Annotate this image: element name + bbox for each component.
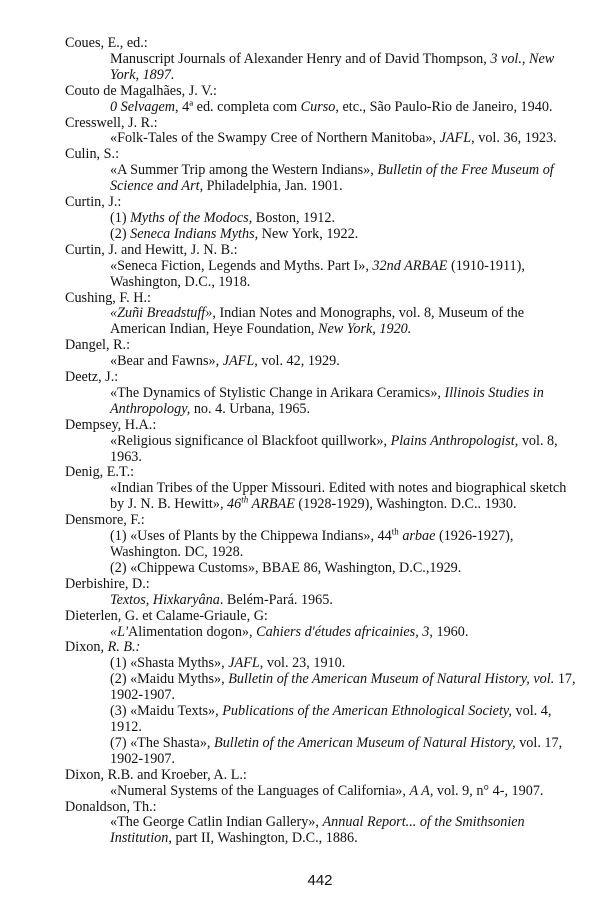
italic-text-run: Seneca Indians Myths, [130, 226, 258, 242]
entry-work: Textos, Hixkaryâna. Belém-Pará. 1965. [110, 593, 580, 609]
text-run: «Religious significance ol Blackfoot qui… [110, 433, 391, 449]
entry-work: «A Summer Trip among the Western Indians… [110, 163, 580, 195]
text-run: (2) «Maidu Myths», [110, 671, 228, 687]
entry-author: Denig, E.T.: [65, 465, 585, 481]
entry-author: Cushing, F. H.: [65, 291, 585, 307]
bibliography-entry: Dixon, R.B. and Kroeber, A. L.:«Numeral … [65, 768, 585, 800]
entry-author: Dixon, R. B.: [65, 640, 585, 656]
italic-text-run: JAFL [228, 655, 260, 671]
entry-author: Dangel, R.: [65, 338, 585, 354]
entry-work: «Indian Tribes of the Upper Missouri. Ed… [110, 481, 580, 513]
entry-work: «Bear and Fawns», JAFL, vol. 42, 1929. [110, 354, 580, 370]
text-run: «Numeral Systems of the Languages of Cal… [110, 783, 409, 799]
text-run: , 4ª ed. completa com [175, 99, 301, 115]
bibliography-entry: Couto de Magalhães, J. V.:0 Selvagem, 4ª… [65, 84, 585, 116]
bibliography-entry: Curtin, J.:(1) Myths of the Modocs, Bost… [65, 195, 585, 243]
bibliography-entry: Dangel, R.:«Bear and Fawns», JAFL, vol. … [65, 338, 585, 370]
entry-work: «Zuñi Breadstuff», Indian Notes and Mono… [110, 306, 580, 338]
bibliography-entry: Densmore, F.:(1) «Uses of Plants by the … [65, 513, 585, 577]
italic-text-run: Cahiers d'études africainies, 3 [256, 624, 429, 640]
bibliography-entry: Derbishire, D.:Textos, Hixkaryâna. Belém… [65, 577, 585, 609]
text-run: Boston, 1912. [252, 210, 335, 226]
entry-work: 0 Selvagem, 4ª ed. completa com Curso, e… [110, 100, 580, 116]
italic-text-run: Bulletin of the American Museum of Natur… [228, 671, 554, 687]
text-run: (7) «The Shasta», [110, 735, 214, 751]
text-run: , 1960. [429, 624, 468, 640]
italic-text-run: «L' [110, 624, 128, 640]
entry-author: Donaldson, Th.: [65, 800, 585, 816]
text-run: «The Dynamics of Stylistic Change in Ari… [110, 385, 445, 401]
text-run: th [392, 526, 399, 536]
text-run: (2) [110, 226, 130, 242]
entry-work: (7) «The Shasta», Bulletin of the Americ… [110, 736, 580, 768]
entry-work: «Folk-Tales of the Swampy Cree of Northe… [110, 131, 580, 147]
entry-work: «Numeral Systems of the Languages of Cal… [110, 784, 580, 800]
text-run: vol. 9, n° 4-, 1907. [433, 783, 543, 799]
italic-text-run: 0 Selvagem [110, 99, 175, 115]
bibliography-entry: Cushing, F. H.:«Zuñi Breadstuff», Indian… [65, 291, 585, 339]
text-run: vol. 42, 1929. [258, 353, 340, 369]
text-run: no. 4. Urbana, 1965. [190, 401, 310, 417]
entry-work: (1) «Shasta Myths», JAFL, vol. 23, 1910. [110, 656, 580, 672]
entry-work: (1) «Uses of Plants by the Chippewa Indi… [110, 529, 580, 561]
bibliography-entry: Deetz, J.:«The Dynamics of Stylistic Cha… [65, 370, 585, 418]
italic-text-run: ARBAE [248, 496, 295, 512]
entry-author: Dempsey, H.A.: [65, 418, 585, 434]
entry-author: Dieterlen, G. et Calame-Griaule, G: [65, 609, 585, 625]
text-run: New York, 1922. [258, 226, 358, 242]
entry-author: Deetz, J.: [65, 370, 585, 386]
text-run: (1) [110, 210, 130, 226]
entry-work: (2) «Maidu Myths», Bulletin of the Ameri… [110, 672, 580, 704]
entry-work: (3) «Maidu Texts», Publications of the A… [110, 704, 580, 736]
italic-text-run: «Zuñi Breadstuff» [110, 305, 212, 321]
entry-work: (1) Myths of the Modocs, Boston, 1912. [110, 211, 580, 227]
text-run: part II, Washington, D.C., 1886. [172, 830, 358, 846]
text-run: «A Summer Trip among the Western Indians… [110, 162, 377, 178]
entry-author: Dixon, R.B. and Kroeber, A. L.: [65, 768, 585, 784]
italic-text-run: Bulletin of the American Museum of Natur… [214, 735, 516, 751]
italic-text-run: Textos, Hixkaryâna [110, 592, 220, 608]
entry-author: Culin, S.: [65, 147, 585, 163]
italic-text-run: A A, [409, 783, 433, 799]
text-run: , vol. 36, 1923. [471, 130, 557, 146]
bibliography-entry: Coues, E., ed.:Manuscript Journals of Al… [65, 36, 585, 84]
text-run: Manuscript Journals of Alexander Henry a… [110, 51, 490, 67]
italic-text-run: 32nd ARBAE [372, 258, 447, 274]
bibliography-entry: Dieterlen, G. et Calame-Griaule, G:«L'Al… [65, 609, 585, 641]
entry-work: «L'Alimentation dogon», Cahiers d'études… [110, 625, 580, 641]
entry-work: (2) Seneca Indians Myths, New York, 1922… [110, 227, 580, 243]
entry-work: «The Dynamics of Stylistic Change in Ari… [110, 386, 580, 418]
entry-author: Densmore, F.: [65, 513, 585, 529]
bibliography-entry: Denig, E.T.:«Indian Tribes of the Upper … [65, 465, 585, 513]
entry-work: (2) «Chippewa Customs», BBAE 86, Washing… [110, 561, 580, 577]
bibliography-entry: Culin, S.:«A Summer Trip among the Weste… [65, 147, 585, 195]
entry-work: «Religious significance ol Blackfoot qui… [110, 434, 580, 466]
italic-text-run: New York, 1920. [318, 321, 411, 337]
text-run: , Philadelphia, Jan. 1901. [200, 178, 343, 194]
italic-text-run: R. B.: [108, 639, 141, 655]
italic-text-run: Curso [301, 99, 336, 115]
text-run: (2) «Chippewa Customs», BBAE 86, Washing… [110, 560, 461, 576]
text-run: (1928-1929), Washington. D.C.. 1930. [295, 496, 517, 512]
italic-text-run: Plains Anthropologist, [391, 433, 519, 449]
italic-text-run: 46 [227, 496, 241, 512]
text-run: . Belém-Pará. 1965. [220, 592, 333, 608]
bibliography-entry: Cresswell, J. R.:«Folk-Tales of the Swam… [65, 116, 585, 148]
bibliography-entry: Donaldson, Th.:«The George Catlin Indian… [65, 800, 585, 848]
bibliography-page: Coues, E., ed.:Manuscript Journals of Al… [65, 36, 585, 847]
entry-author: Coues, E., ed.: [65, 36, 585, 52]
italic-text-run: JAFL [440, 130, 472, 146]
text-run: «Bear and Fawns», [110, 353, 223, 369]
text-run: «Seneca Fiction, Legends and Myths. Part… [110, 258, 372, 274]
text-run: Alimentation dogon», [128, 624, 256, 640]
text-run: Dixon, [65, 639, 108, 655]
bibliography-entry: Dixon, R. B.:(1) «Shasta Myths», JAFL, v… [65, 640, 585, 767]
entry-work: «The George Catlin Indian Gallery», Annu… [110, 815, 580, 847]
bibliography-entry: Curtin, J. and Hewitt, J. N. B.:«Seneca … [65, 243, 585, 291]
entry-author: Derbishire, D.: [65, 577, 585, 593]
entry-author: Couto de Magalhães, J. V.: [65, 84, 585, 100]
italic-text-run: Myths of the Modocs, [130, 210, 252, 226]
entry-author: Curtin, J.: [65, 195, 585, 211]
bibliography-entry: Dempsey, H.A.:«Religious significance ol… [65, 418, 585, 466]
text-run: (1) «Shasta Myths», [110, 655, 228, 671]
text-run: (1) «Uses of Plants by the Chippewa Indi… [110, 528, 392, 544]
text-run: , etc., São Paulo-Rio de Janeiro, 1940. [335, 99, 552, 115]
text-run: «Folk-Tales of the Swampy Cree of Northe… [110, 130, 440, 146]
text-run: «The George Catlin Indian Gallery», [110, 814, 323, 830]
entry-author: Cresswell, J. R.: [65, 116, 585, 132]
page-number: 442 [0, 872, 600, 889]
entry-work: «Seneca Fiction, Legends and Myths. Part… [110, 259, 580, 291]
text-run: , vol. 23, 1910. [260, 655, 346, 671]
italic-text-run: JAFL, [223, 353, 258, 369]
text-run: (3) «Maidu Texts», [110, 703, 222, 719]
entry-work: Manuscript Journals of Alexander Henry a… [110, 52, 580, 84]
italic-text-run: Publications of the American Ethnologica… [222, 703, 512, 719]
entry-author: Curtin, J. and Hewitt, J. N. B.: [65, 243, 585, 259]
italic-text-run: arbae [402, 528, 435, 544]
